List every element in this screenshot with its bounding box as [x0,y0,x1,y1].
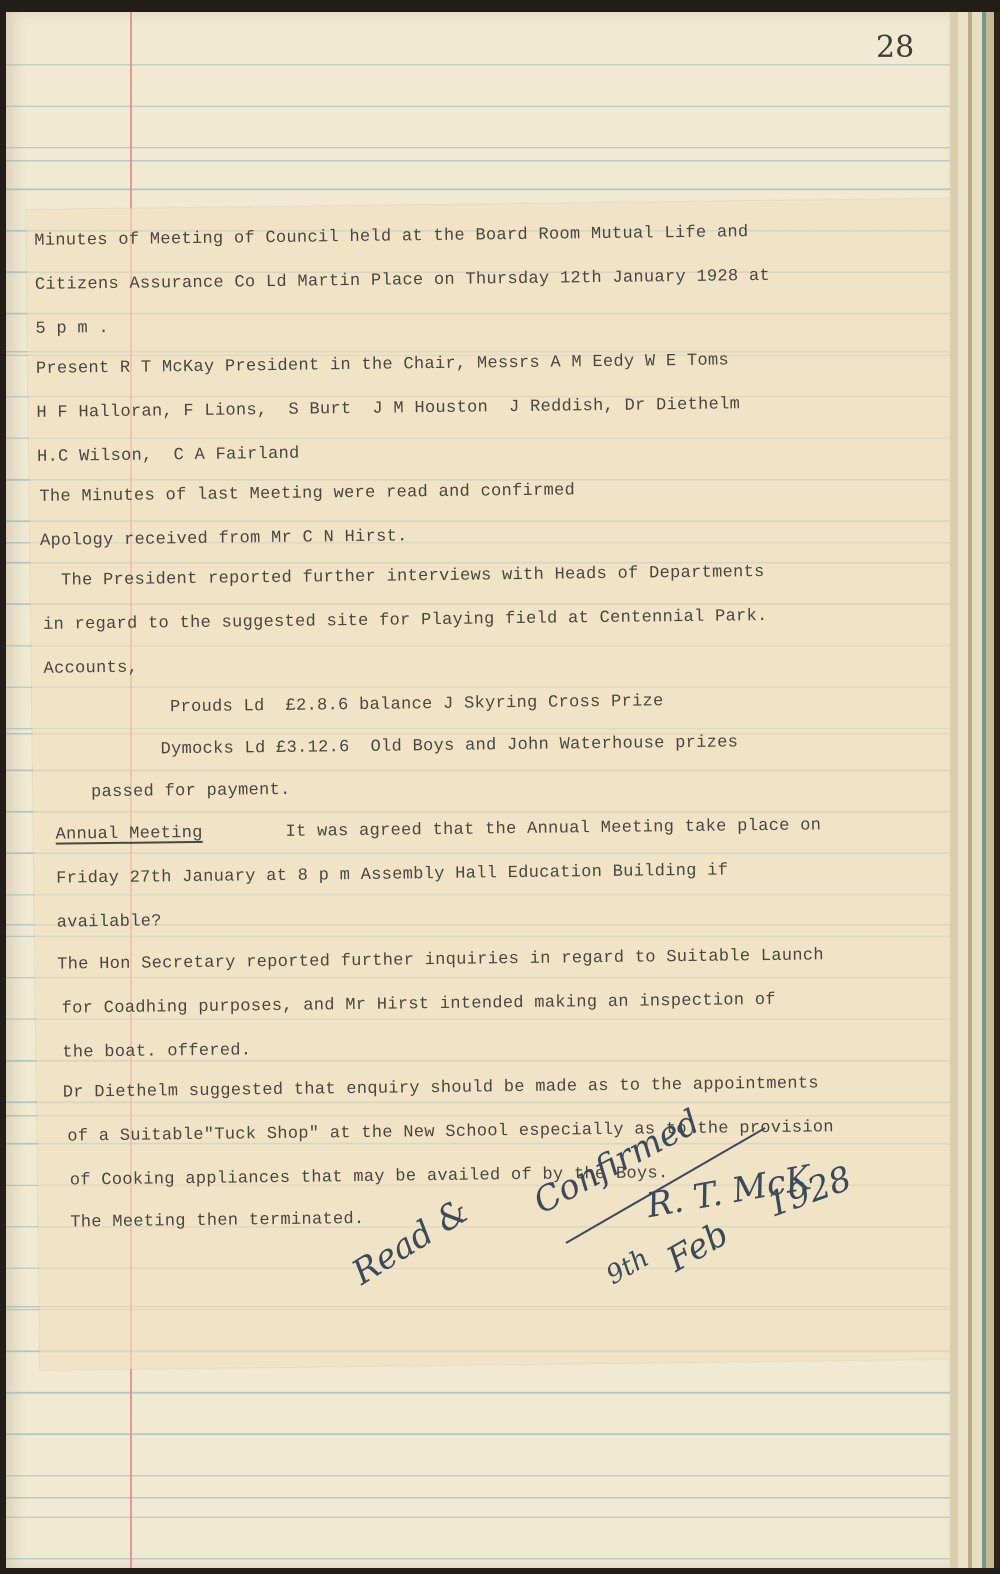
minutes-line: 5 p m . [35,319,109,339]
accounts-passed-line: passed for payment. [91,781,291,802]
secretary-report-line: The Hon Secretary reported further inqui… [57,946,824,974]
tuck-shop-line: of a Suitable"Tuck Shop" at the New Scho… [67,1118,834,1146]
attendance-line: Present R T McKay President in the Chair… [36,351,729,378]
page-edges [950,12,1000,1568]
annual-meeting-line: Friday 27th January at 8 p m Assembly Ha… [56,861,728,888]
secretary-report-line: for Coadhing purposes, and Mr Hirst inte… [62,991,776,1019]
account-item: Dymocks Ld £3.12.6 Old Boys and John Wat… [160,733,738,759]
ledger-page: 28 Minutes of Meeting of Council held at… [6,12,950,1568]
president-report-line: The President reported further interview… [50,563,764,591]
minutes-line: Citizens Assurance Co Ld Martin Place on… [35,267,770,295]
account-item: Prouds Ld £2.8.6 balance J Skyring Cross… [170,692,664,717]
minutes-line: Minutes of Meeting of Council held at th… [34,223,748,251]
ledger-book: 28 Minutes of Meeting of Council held at… [0,0,1000,1574]
annual-meeting-line: It was agreed that the Annual Meeting ta… [286,816,822,842]
minutes-confirmed-line: The Minutes of last Meeting were read an… [39,481,575,507]
attendance-line: H F Halloran, F Lions, S Burt J M Housto… [36,395,740,423]
meeting-terminated-line: The Meeting then terminated. [70,1210,364,1233]
accounts-heading: Accounts, [43,659,138,679]
attendance-line: H.C Wilson, C A Fairland [37,445,300,467]
apology-line: Apology received from Mr C N Hirst. [40,527,408,550]
president-report-line: in regard to the suggested site for Play… [43,607,768,635]
page-number: 28 [876,30,914,65]
annual-meeting-line: available? [57,912,162,932]
secretary-report-line: the boat. offered. [62,1041,251,1062]
tuck-shop-line: Dr Diethelm suggested that enquiry shoul… [63,1074,819,1102]
annual-meeting-heading: Annual Meeting [56,824,203,845]
